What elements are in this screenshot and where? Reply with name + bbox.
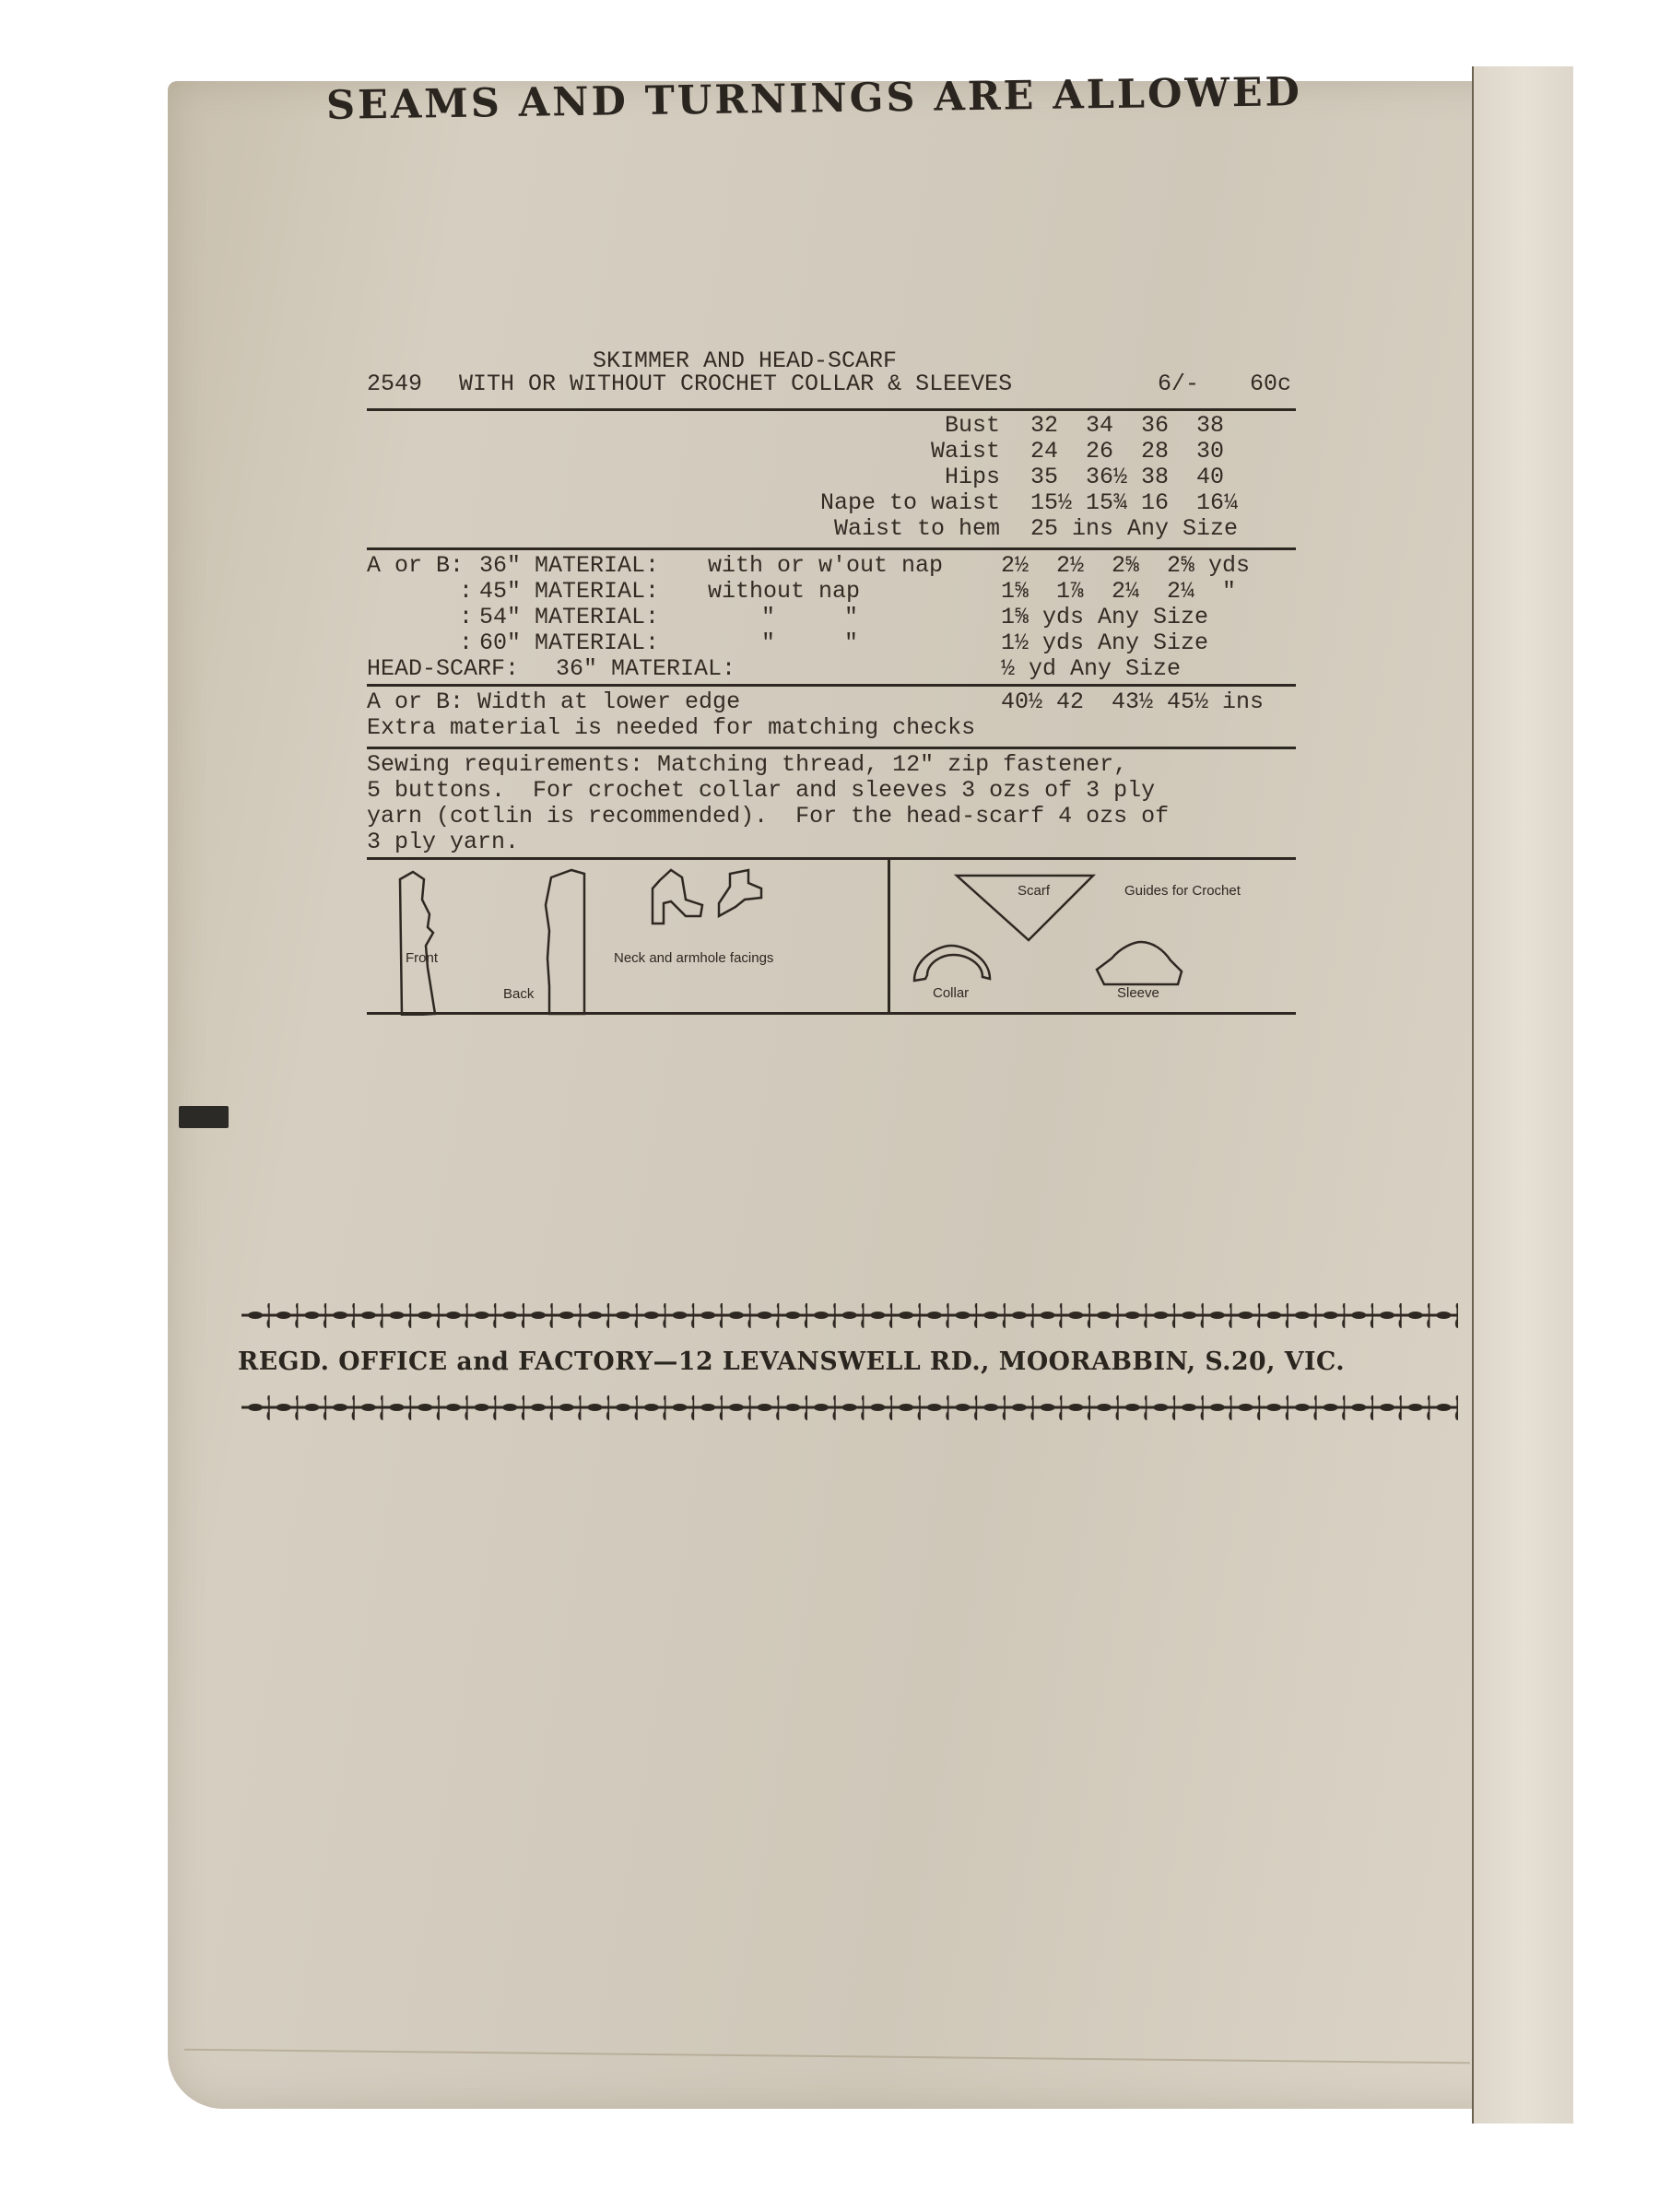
measure-value: 30 (1196, 439, 1224, 465)
matching-checks-note: Extra material is needed for matching ch… (367, 715, 975, 741)
sewing-line: 3 ply yarn. (367, 829, 519, 855)
material-width: 54" MATERIAL: (479, 605, 659, 630)
measure-label: Nape to waist (770, 490, 1000, 516)
collar-shape (914, 946, 990, 981)
sleeve-shape (1097, 942, 1182, 984)
material-amounts: ½ yd Any Size (1001, 656, 1181, 682)
measure-value: 35 (1030, 465, 1058, 490)
measure-value: 36½ (1086, 465, 1127, 490)
collar-label: Collar (933, 981, 969, 1006)
sleeve-label: Sleeve (1117, 981, 1159, 1006)
material-width: 36" MATERIAL: (556, 656, 735, 682)
material-amounts: 1⅝ yds Any Size (1001, 605, 1208, 630)
material-width: 45" MATERIAL: (479, 579, 659, 605)
measure-value: 32 (1030, 413, 1058, 439)
measure-value: 38 (1141, 465, 1169, 490)
measure-label: Bust (862, 413, 1000, 439)
armhole-facing-shape (719, 870, 761, 916)
measure-value: 34 (1086, 413, 1113, 439)
measure-value: 16 (1141, 490, 1169, 516)
measure-value: 36 (1141, 413, 1169, 439)
envelope-side-flap (1472, 66, 1573, 2124)
material-amounts: 2½ 2½ 2⅝ 2⅝ yds (1001, 553, 1250, 579)
price-shillings: 6/- (1158, 371, 1199, 397)
width-lower-edge-values: 40½ 42 43½ 45½ ins (1001, 689, 1264, 715)
sewing-line: Sewing requirements: Matching thread, 12… (367, 752, 1127, 778)
facings-label: Neck and armhole facings (614, 946, 773, 971)
measure-value: 25 ins Any Size (1030, 516, 1238, 542)
front-label: Front (406, 946, 438, 971)
material-note: with or w'out nap (708, 553, 943, 579)
scarf-label: Scarf (1018, 878, 1050, 904)
measure-value: 16¼ (1196, 490, 1238, 516)
material-width: 60" MATERIAL: (479, 630, 659, 656)
factory-address: REGD. OFFICE and FACTORY—12 LEVANSWELL R… (238, 1347, 1345, 1376)
material-prefix: : (459, 630, 473, 656)
divider (367, 747, 1296, 749)
material-width: 36" MATERIAL: (479, 553, 659, 579)
crochet-guides-label: Guides for Crochet (1124, 878, 1241, 904)
sewing-line: yarn (cotlin is recommended). For the he… (367, 804, 1169, 829)
material-prefix: HEAD-SCARF: (367, 656, 519, 682)
material-prefix: A or B: (367, 553, 464, 579)
price-cents: 60c (1250, 371, 1291, 397)
material-note: " " (761, 605, 858, 630)
measure-label: Waist to hem (770, 516, 1000, 542)
material-prefix: : (459, 579, 473, 605)
material-note: " " (761, 630, 858, 656)
ornamental-border-top (241, 1301, 1458, 1329)
divider (367, 684, 1296, 687)
sewing-line: 5 buttons. For crochet collar and sleeve… (367, 778, 1155, 804)
measure-value: 38 (1196, 413, 1224, 439)
measure-label: Waist (862, 439, 1000, 465)
measure-value: 40 (1196, 465, 1224, 490)
measure-value: 15¾ (1086, 490, 1127, 516)
measure-label: Hips (862, 465, 1000, 490)
material-note: without nap (708, 579, 860, 605)
measure-value: 28 (1141, 439, 1169, 465)
divider (367, 547, 1296, 550)
material-amounts: 1⅝ 1⅞ 2¼ 2¼ " (1001, 579, 1236, 605)
ornamental-border-bottom (241, 1394, 1458, 1421)
material-amounts: 1½ yds Any Size (1001, 630, 1208, 656)
divider (367, 408, 1296, 411)
back-label: Back (503, 982, 534, 1007)
pattern-number: 2549 (367, 371, 422, 397)
measure-value: 24 (1030, 439, 1058, 465)
width-lower-edge-label: A or B: Width at lower edge (367, 689, 740, 715)
divider (367, 1012, 1296, 1015)
neck-facing-shape (653, 870, 702, 924)
measure-value: 15½ (1030, 490, 1072, 516)
measure-value: 26 (1086, 439, 1113, 465)
front-piece-shape (400, 872, 435, 1016)
material-prefix: : (459, 605, 473, 630)
back-piece-shape (546, 870, 584, 1014)
pattern-subtitle: WITH OR WITHOUT CROCHET COLLAR & SLEEVES (459, 371, 1012, 397)
black-tab-marker (179, 1106, 229, 1128)
